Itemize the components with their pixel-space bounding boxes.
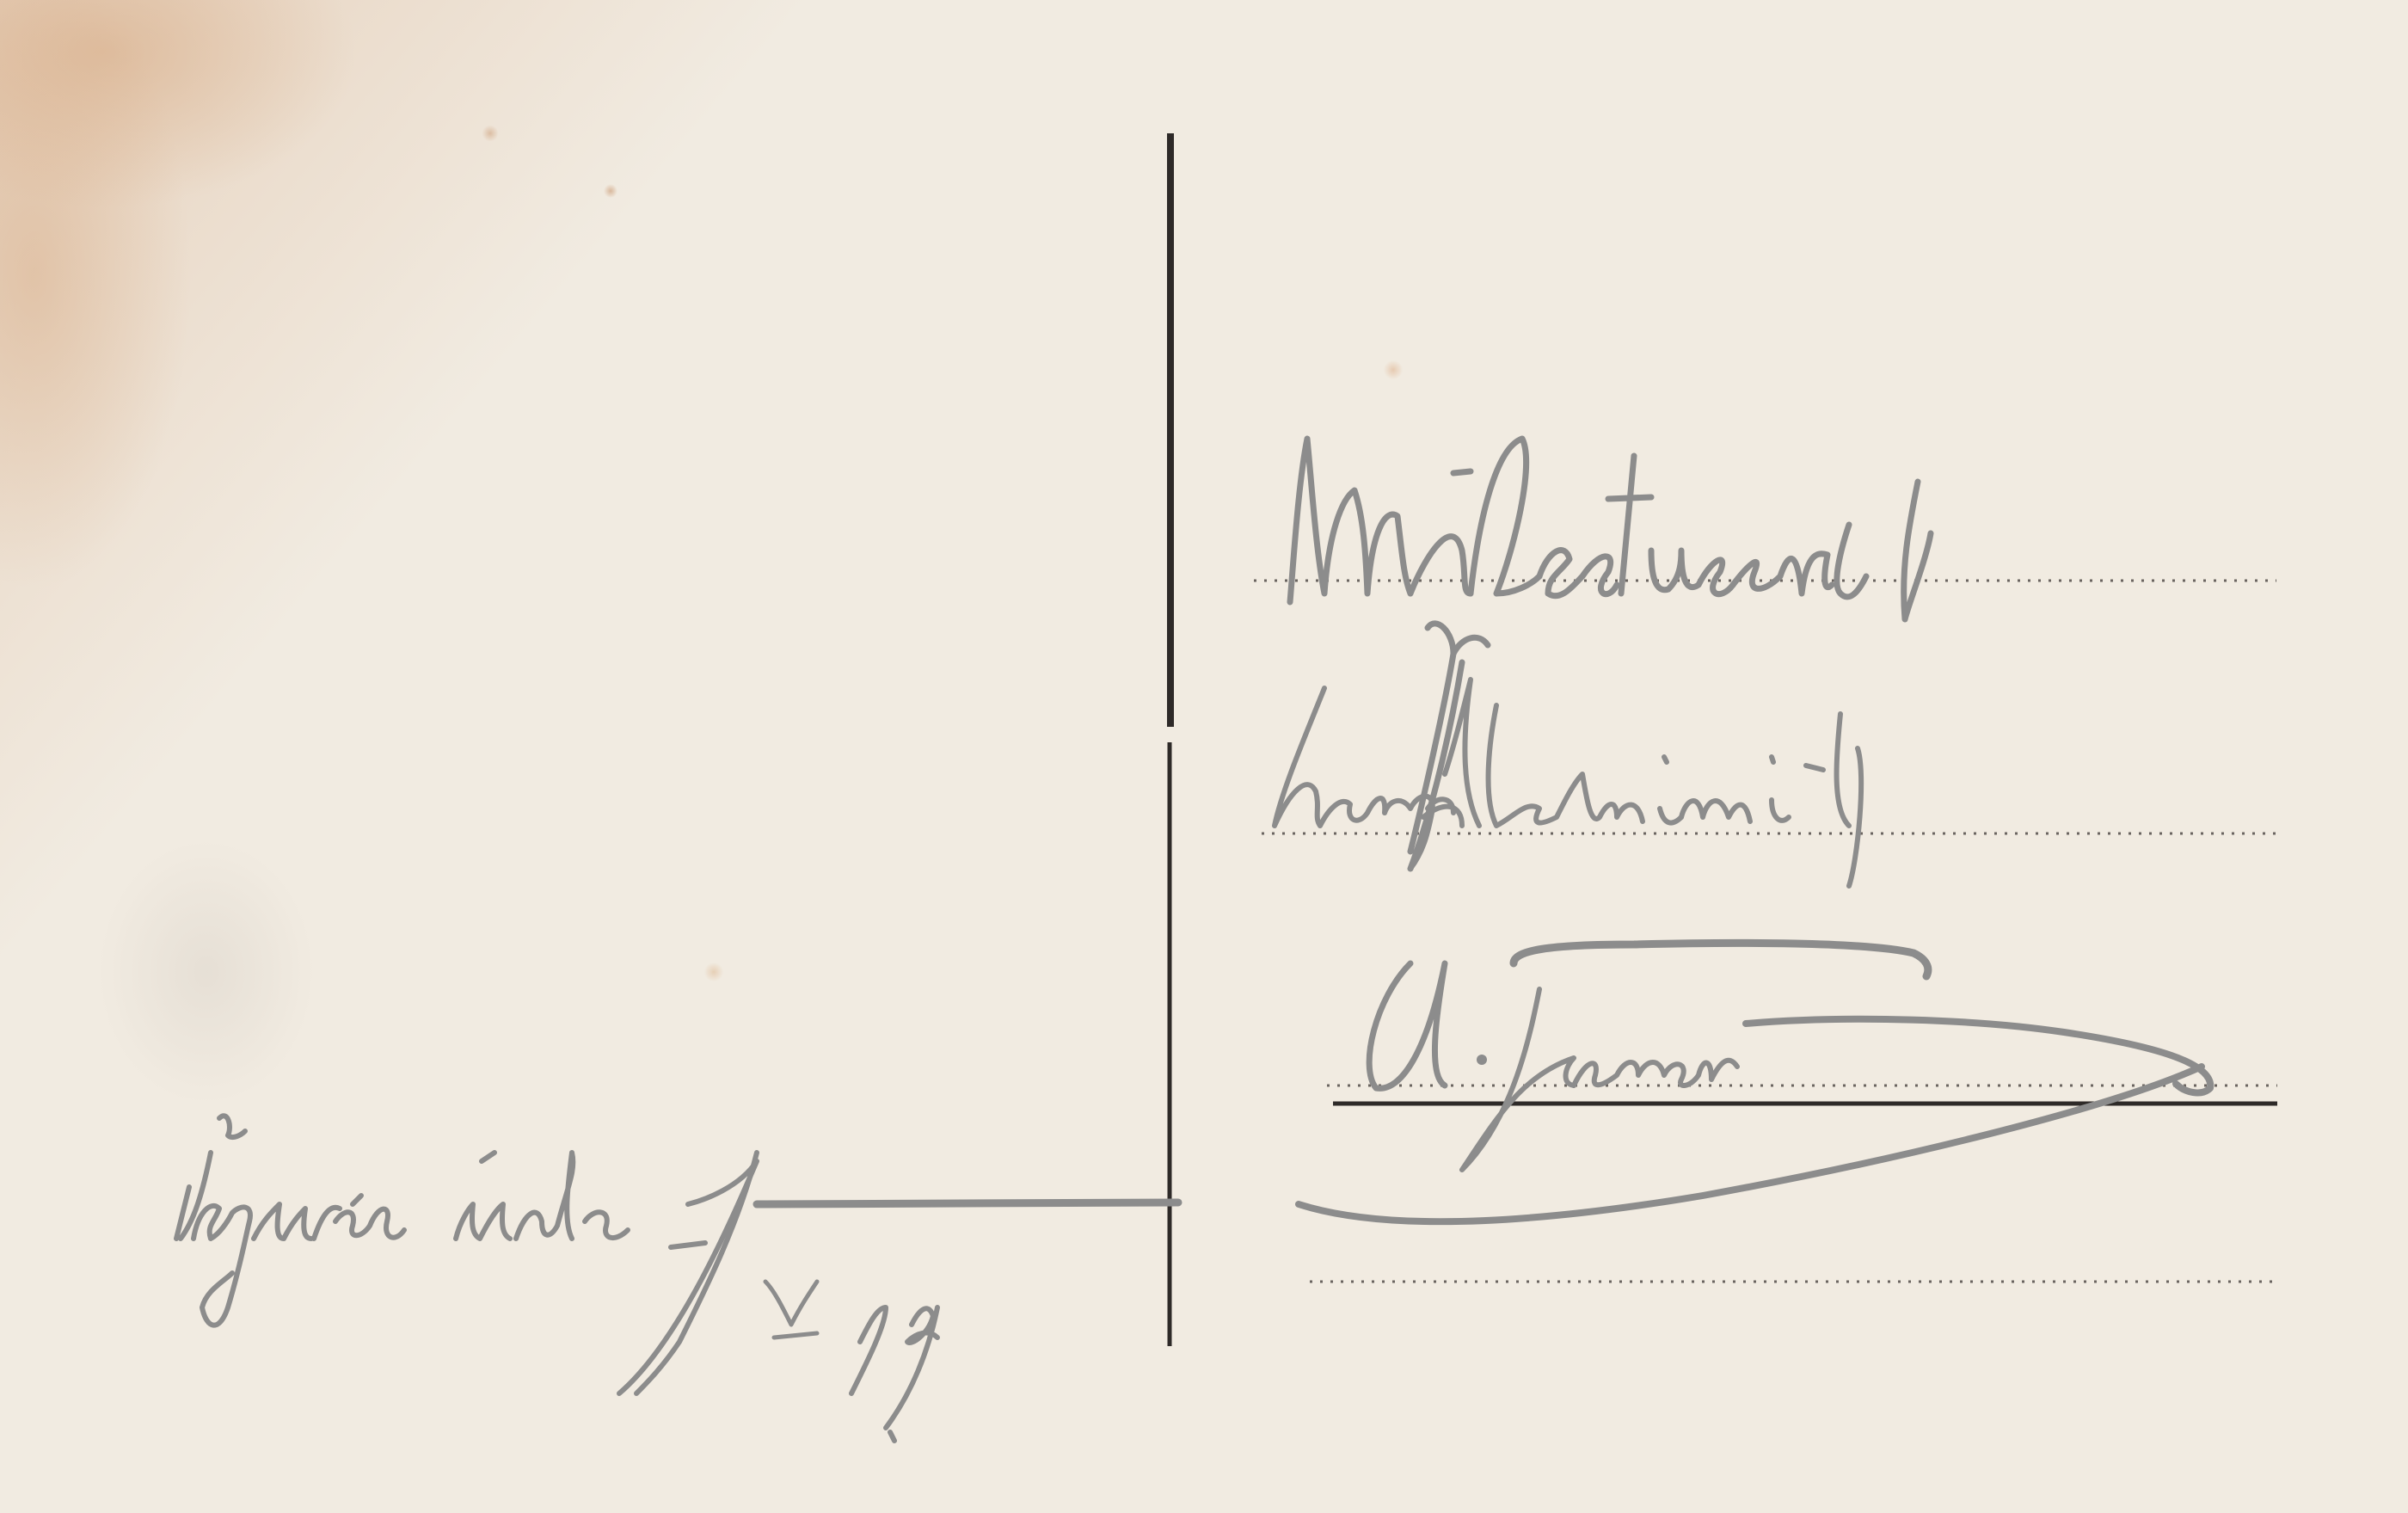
handwriting-line-1	[1290, 439, 1931, 619]
handwriting-date-line	[176, 1116, 1178, 1441]
address-lines	[1254, 581, 2277, 1282]
postcard-ink-layer	[0, 0, 2408, 1513]
vertical-divider	[1170, 133, 1170, 1346]
postcard-back: Mälestuseks herra Talheimile A. Kerrau T…	[0, 0, 2408, 1513]
handwriting-line-2	[1275, 624, 1861, 886]
signature	[1299, 943, 2210, 1221]
